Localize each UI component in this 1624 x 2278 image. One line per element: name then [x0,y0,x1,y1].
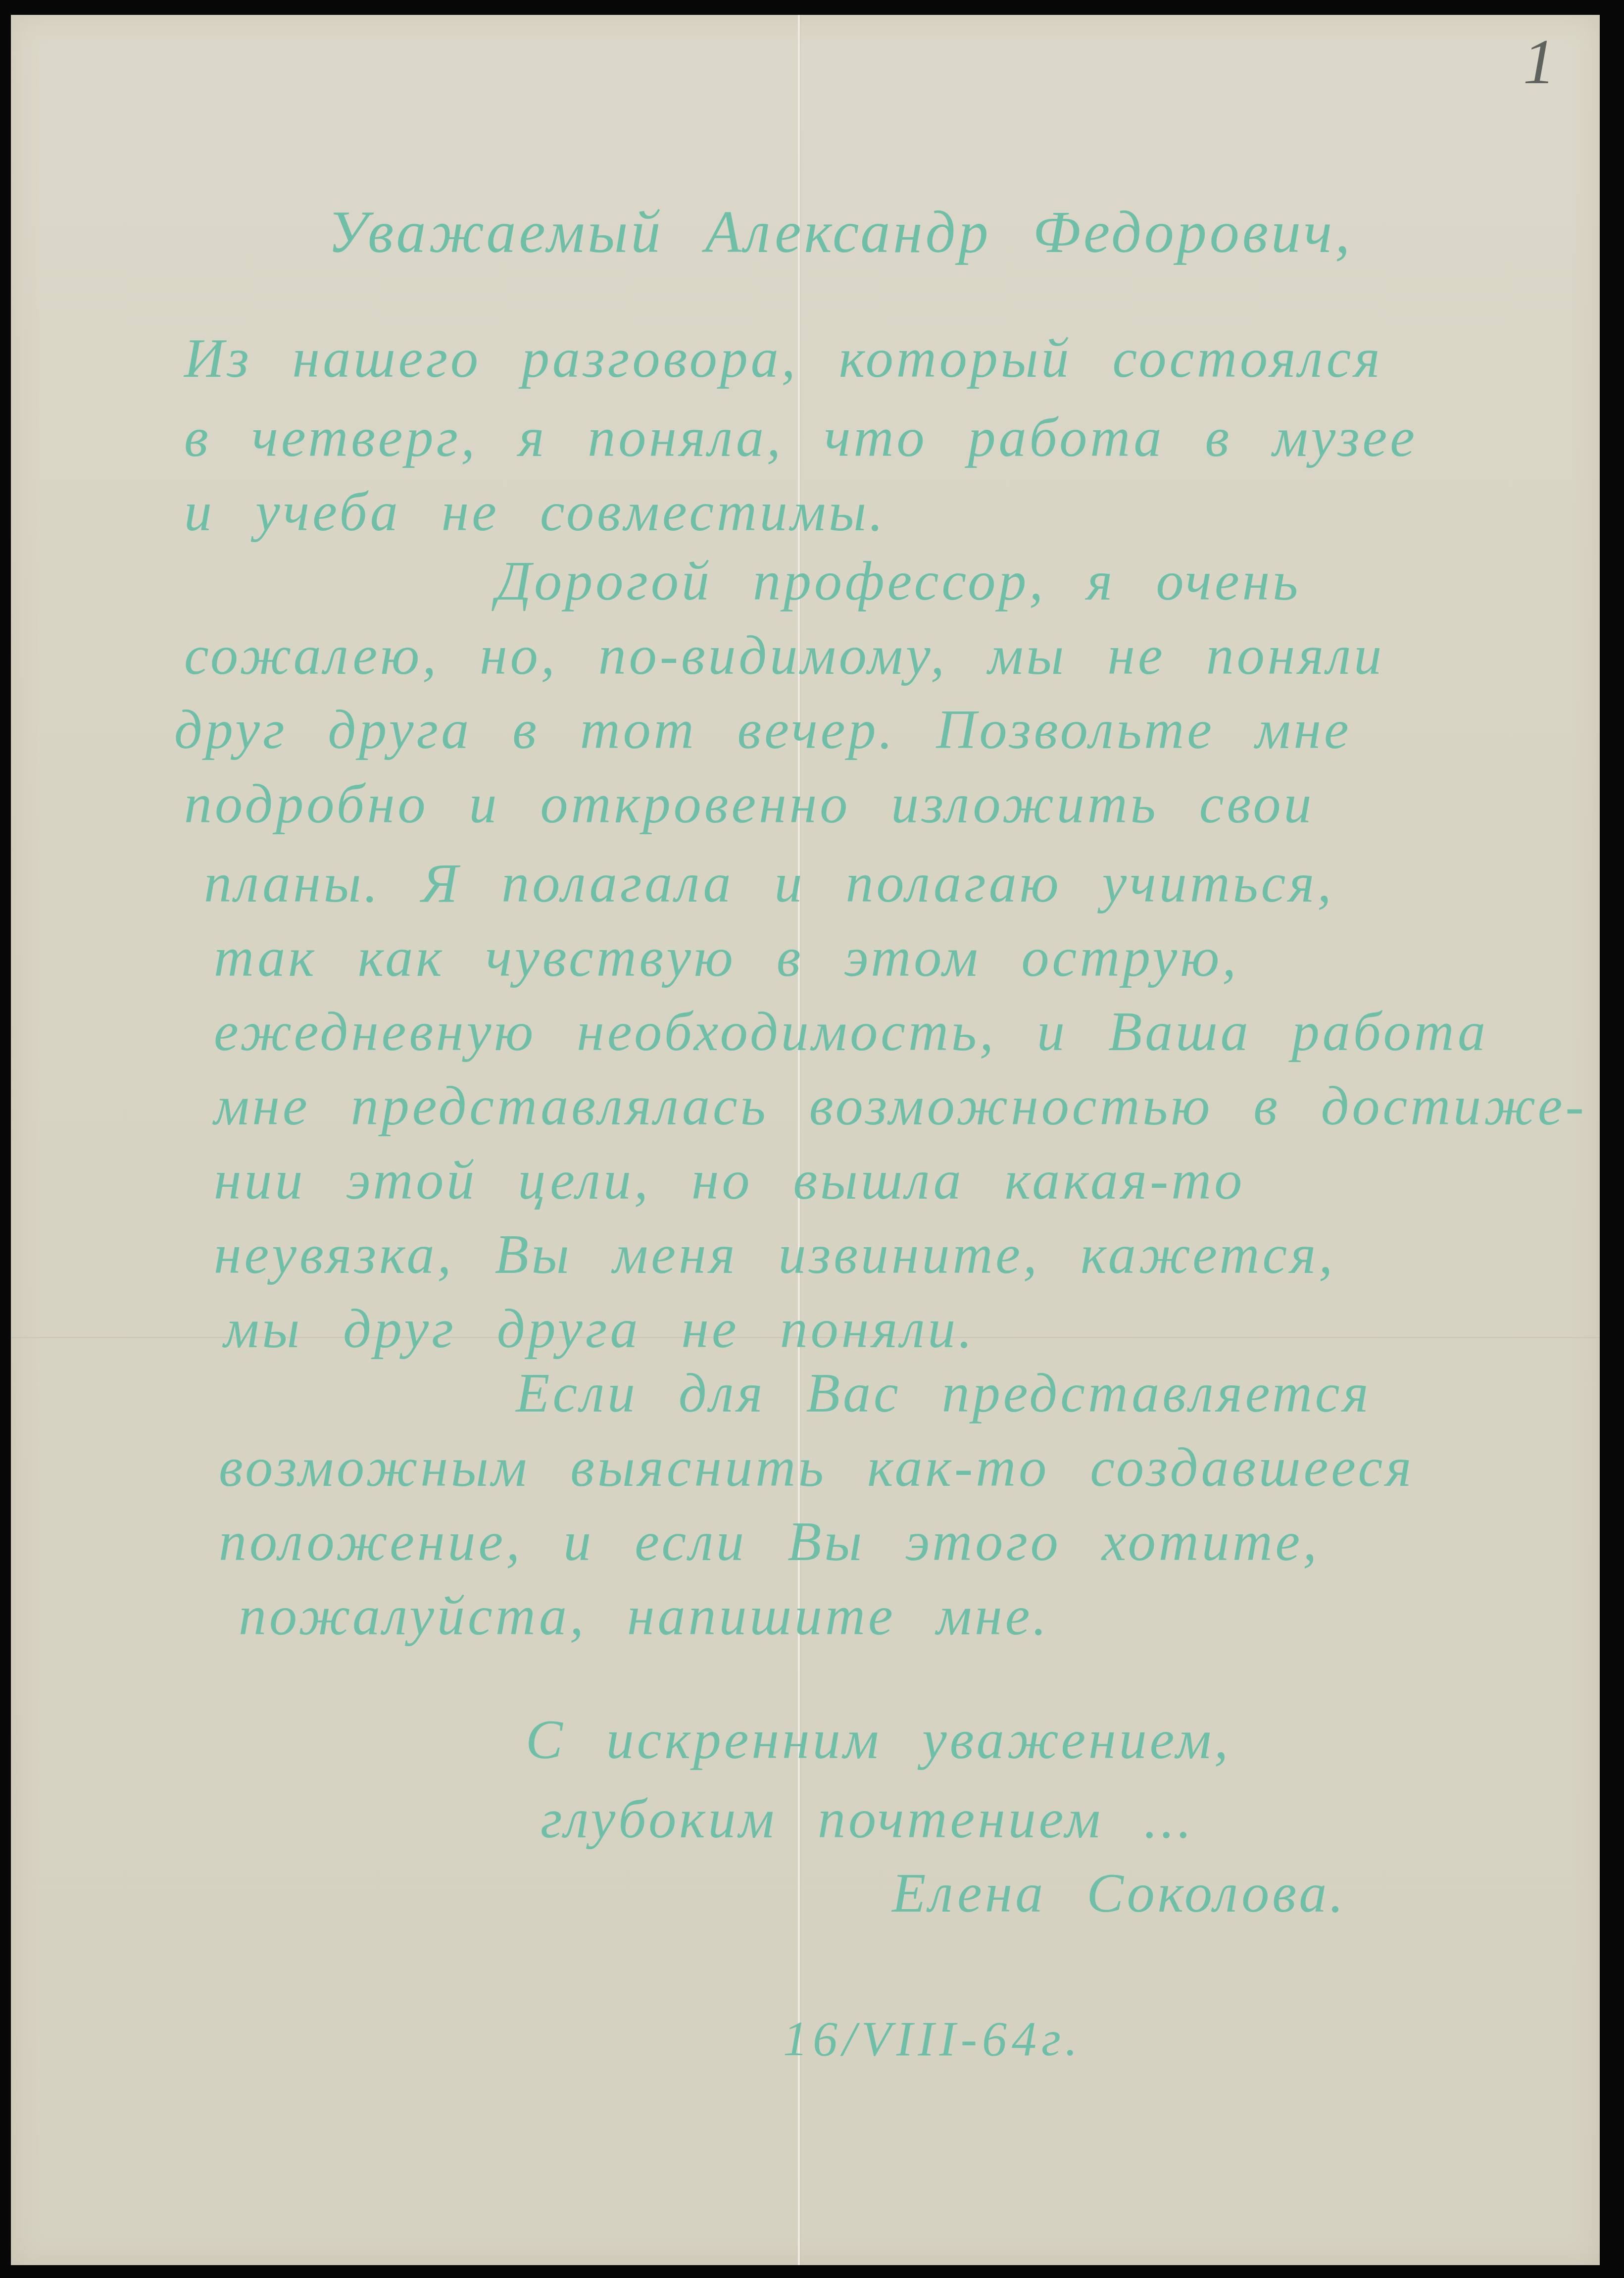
body-line-4: Дорогой профессор, я очень [496,550,1301,613]
salutation: Уважаемый Александр Федорович, [328,198,1353,266]
body-line-11: мне представлялась возможностью в достиж… [214,1074,1587,1138]
body-line-13: неувязка, Вы меня извините, кажется, [214,1223,1335,1287]
body-line-6: друг друга в тот вечер. Позвольте мне [174,698,1352,762]
signature: Елена Соколова. [892,1862,1346,1925]
date: 16/VIII-64г. [783,2010,1083,2067]
closing-line-2: глубоким почтением ... [541,1787,1194,1851]
body-line-12: нии этой цели, но вышла какая-то [214,1149,1245,1213]
body-line-17: положение, и если Вы этого хотите, [219,1510,1320,1574]
body-line-8: планы. Я полагала и полагаю учиться, [204,852,1334,915]
body-line-9: так как чувствую в этом острую, [214,926,1239,990]
body-line-1: Из нашего разговора, который состоялся [184,327,1383,391]
body-line-10: ежедневную необходимость, и Ваша работа [214,1000,1488,1064]
closing-line-1: С искренним уважением, [526,1708,1231,1772]
body-line-14: мы друг друга не поняли. [224,1297,975,1361]
page-number: 1 [1523,25,1555,99]
body-line-5: сожалею, но, по-видимому, мы не поняли [184,624,1384,688]
body-line-2: в четверг, я поняла, что работа в музее [184,406,1418,470]
body-line-15: Если для Вас представляется [516,1362,1372,1425]
body-line-18: пожалуйста, напишите мне. [239,1584,1049,1648]
body-line-3: и учеба не совместимы. [184,480,886,544]
body-line-16: возможным выяснить как-то создавшееся [219,1436,1414,1500]
letter-page: 1 Уважаемый Александр Федорович, Из наше… [11,15,1600,2265]
body-line-7: подробно и откровенно изложить свои [184,772,1315,836]
